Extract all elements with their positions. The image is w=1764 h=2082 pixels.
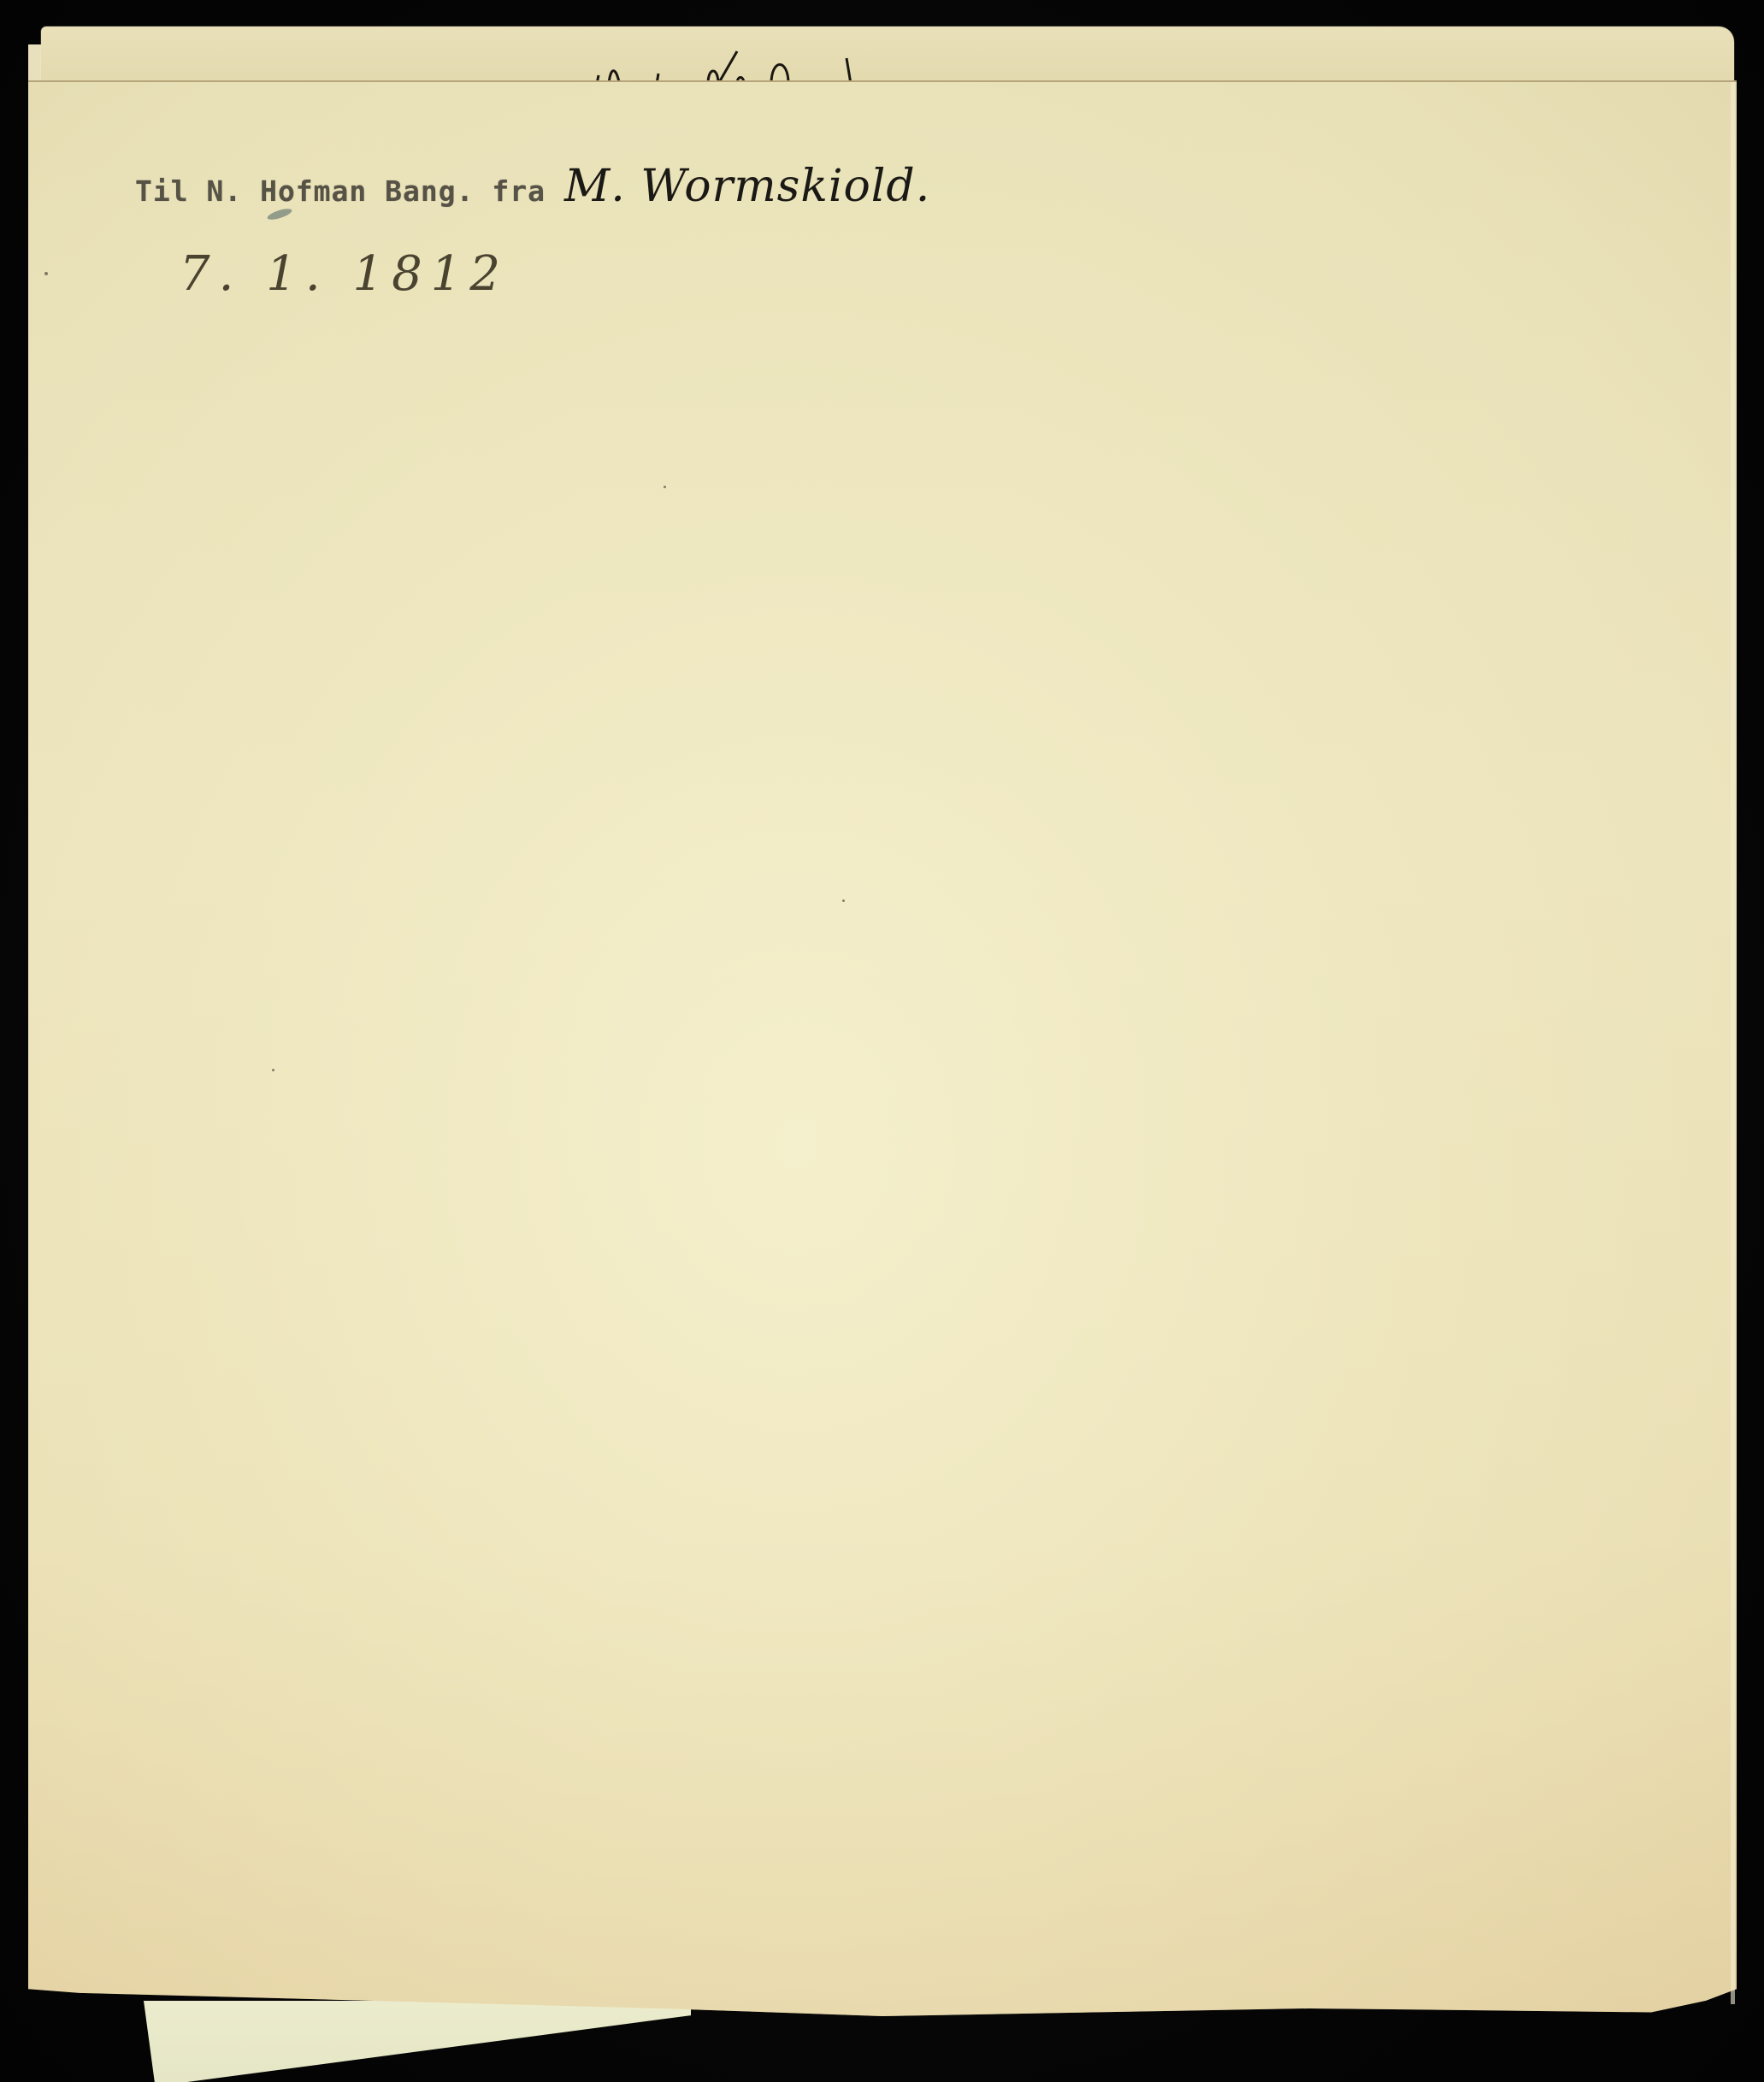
back-sheet-handwriting-partial [590,50,1206,84]
document-heading: Til N. Hofman Bang. fra M. Wormskiold. [135,161,930,212]
handwritten-sender: M. Wormskiold. [564,161,930,212]
sheet-right-edge [1731,82,1735,2004]
paper-speck [272,1069,274,1071]
paper-speck [842,899,845,902]
document-sheet [28,80,1737,2016]
under-sheet-protruding [144,2001,691,2082]
handwritten-date: 7. 1. 1812 [180,246,509,302]
paper-speck [664,486,666,488]
typed-recipient-label: Til N. Hofman Bang. fra [135,174,546,208]
paper-speck [44,272,48,275]
